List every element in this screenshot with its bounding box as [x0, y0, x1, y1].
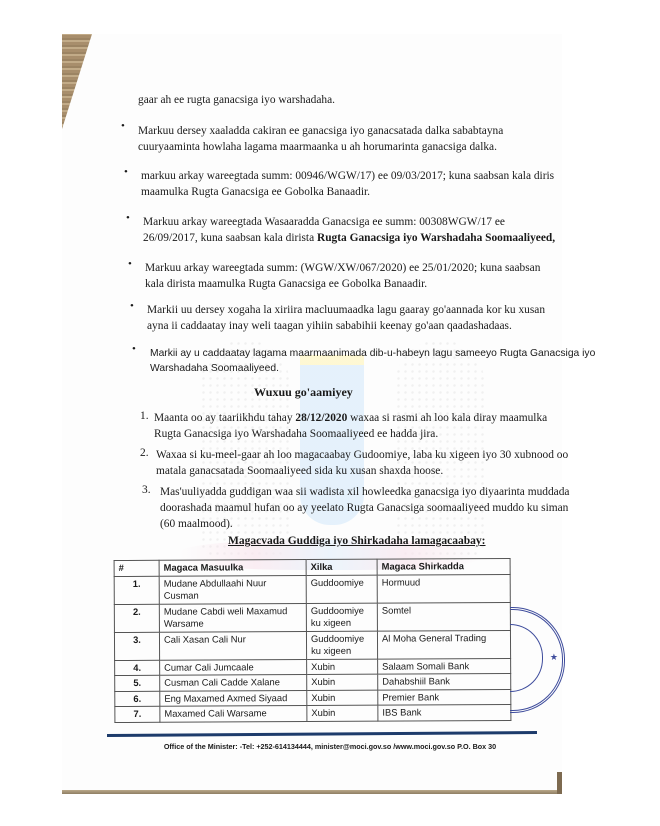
- bullet-4-line-2: kala dirista maamulka Rugta Ganacsiga ee…: [145, 276, 427, 292]
- table-row: 2.Mudane Cabdi weli Maxamud WarsameGuddo…: [114, 602, 510, 632]
- row-number: 7.: [115, 706, 160, 722]
- column-header-name: Magaca Masuulka: [159, 560, 306, 576]
- bullet-4-line-1: Markuu arkay wareegtada summ: (WGW/XW/06…: [145, 260, 540, 276]
- company-name: Premier Bank: [378, 689, 511, 705]
- decision-3-line-3: (60 maalmood).: [160, 516, 233, 532]
- member-name: Eng Maxamed Axmed Siyaad: [160, 690, 307, 706]
- bullet-1-line-1: Markuu dersey xaaladda cakiran ee ganacs…: [138, 123, 503, 139]
- company-name: Somtel: [377, 602, 510, 631]
- decision-2-number: 2.: [140, 447, 149, 459]
- page-bottom-edge: [62, 790, 562, 794]
- company-name: Salaam Somali Bank: [378, 658, 511, 674]
- decision-2-line-1: Waxaa si ku-meel-gaar ah loo magacaabay …: [156, 447, 568, 463]
- bullet-6-line-1: Markii ay u caddaatay lagama maarmaanima…: [150, 346, 595, 362]
- member-position: Guddoomiye ku xigeen: [306, 631, 377, 659]
- column-header-position: Xilka: [306, 559, 377, 575]
- company-name: Dahabshiil Bank: [378, 673, 511, 689]
- member-name: Mudane Cabdi weli Maxamud Warsame: [159, 603, 306, 632]
- member-position: Xubin: [307, 659, 378, 675]
- member-position: Guddoomiye: [306, 575, 377, 603]
- decision-2-line-2: matala ganacsatada Soomaaliyeed sida ku …: [156, 463, 443, 479]
- member-position: Xubin: [307, 674, 378, 690]
- table-row: 3.Cali Xasan Cali NurGuddoomiye ku xigee…: [114, 630, 510, 660]
- bullet-icon: •: [126, 212, 130, 224]
- member-name: Maxamed Cali Warsame: [160, 706, 307, 722]
- seal-star-icon: ★: [550, 652, 558, 663]
- row-number: 6.: [115, 691, 160, 707]
- decision-1-text-post: waxaa si rasmi ah loo kala diray maamulk…: [347, 412, 547, 424]
- company-name: IBS Bank: [378, 704, 511, 720]
- company-name: Al Moha General Trading: [377, 630, 510, 659]
- decision-1-line-1: Maanta oo ay taariikhdu tahay 28/12/2020…: [154, 410, 547, 426]
- bullet-3-line-2: 26/09/2017, kuna saabsan kala dirista Ru…: [143, 230, 555, 246]
- member-name: Cusman Cali Cadde Xalane: [160, 675, 307, 691]
- row-number: 1.: [114, 576, 159, 604]
- table-title: Magacvada Guddiga iyo Shirkadaha lamagac…: [228, 535, 486, 547]
- bullet-icon: •: [130, 300, 134, 312]
- member-name: Cumar Cali Jumcaale: [160, 659, 307, 675]
- bullet-icon: •: [124, 166, 128, 178]
- decision-heading: Wuxuu go'aamiyey: [254, 385, 353, 400]
- decision-3-line-1: Mas'uuliyadda guddigan waa sii wadista x…: [160, 484, 569, 500]
- company-name: Hormuud: [377, 574, 510, 603]
- seal-inner-ring: [510, 624, 543, 692]
- decision-3-line-2: doorashada maamul hufan oo ay yeelato Ru…: [160, 500, 568, 516]
- decision-1-date: 28/12/2020: [295, 412, 347, 424]
- member-position: Xubin: [307, 705, 378, 721]
- member-name: Cali Xasan Cali Nur: [159, 631, 306, 660]
- row-number: 4.: [115, 660, 160, 676]
- row-number: 5.: [115, 675, 160, 691]
- decision-1-number: 1.: [140, 410, 149, 422]
- bullet-3-line-2-bold: Rugta Ganacsiga iyo Warshadaha Soomaaliy…: [317, 232, 555, 244]
- page-corner-tab: [557, 772, 562, 794]
- decision-3-number: 3.: [142, 484, 151, 496]
- member-position: Guddoomiye ku xigeen: [306, 603, 377, 631]
- bullet-2-line-2: maamulka Rugta Ganacsiga ee Gobolka Bana…: [141, 184, 370, 200]
- row-number: 2.: [114, 604, 159, 632]
- member-position: Xubin: [307, 690, 378, 706]
- decision-1-text-pre: Maanta oo ay taariikhdu tahay: [154, 412, 295, 424]
- bullet-5-line-2: ayna ii caddaatay inay weli taagan yihii…: [147, 318, 512, 334]
- row-number: 3.: [114, 632, 159, 660]
- bullet-3-line-1: Markuu arkay wareegtada Wasaaradda Ganac…: [143, 214, 505, 230]
- column-header-company: Magaca Shirkadda: [377, 558, 510, 574]
- bullet-icon: •: [121, 120, 125, 132]
- bullet-icon: •: [128, 258, 132, 270]
- table-row: 1.Mudane Abdullaahi Nuur CusmanGuddoomiy…: [114, 574, 510, 604]
- table-row: 7.Maxamed Cali WarsameXubinIBS Bank: [115, 704, 511, 722]
- bullet-6-line-2: Warshadaha Soomaaliyeed.: [150, 361, 279, 377]
- footer-contact: Office of the Minister: -Tel: +252-61413…: [150, 742, 510, 751]
- bullet-3-line-2-plain: 26/09/2017, kuna saabsan kala dirista: [143, 232, 317, 244]
- bullet-1-line-2: cuuryaaminta howlaha lagama maarmaanka u…: [138, 139, 497, 155]
- decision-1-line-2: Rugta Ganacsiga iyo Warshadaha Soomaaliy…: [154, 426, 438, 442]
- column-header-number: #: [114, 560, 159, 576]
- bullet-icon: •: [132, 343, 136, 355]
- bullet-2-line-1: markuu arkay wareegtada summ: 00946/WGW/…: [141, 168, 554, 184]
- committee-table: # Magaca Masuulka Xilka Magaca Shirkadda…: [114, 558, 512, 723]
- continuation-line: gaar ah ee rugta ganacsiga iyo warshadah…: [138, 92, 335, 108]
- bullet-5-line-1: Markii uu dersey xogaha la xiriira maclu…: [147, 302, 545, 318]
- member-name: Mudane Abdullaahi Nuur Cusman: [159, 575, 306, 604]
